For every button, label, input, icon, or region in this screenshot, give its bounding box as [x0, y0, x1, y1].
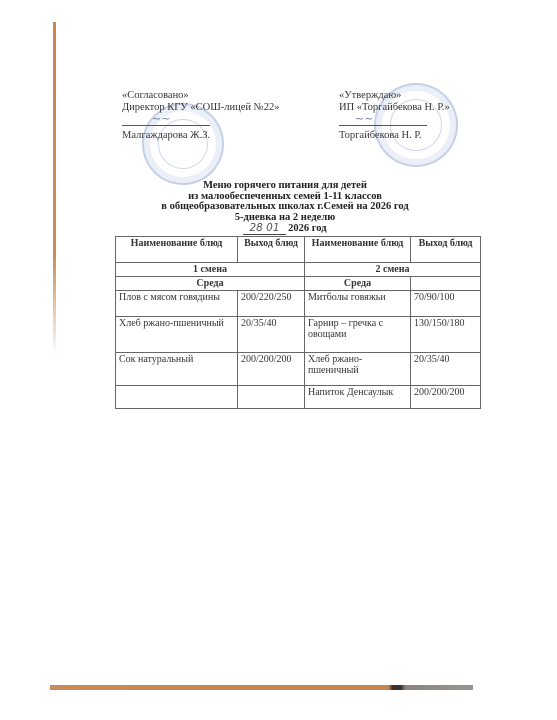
signature-right-icon: ~~: [355, 112, 373, 125]
cell-dish: Митболы говяжьи: [305, 291, 411, 317]
scan-edge-left: [53, 22, 56, 357]
approval-right-label: «Утверждаю»: [339, 90, 450, 102]
header-dish-1: Наименование блюд: [116, 237, 238, 263]
cell-yield: 20/35/40: [411, 353, 481, 386]
table-row: Напиток Денсаулык 200/200/200: [116, 386, 481, 409]
menu-table: Наименование блюд Выход блюд Наименовани…: [115, 236, 481, 409]
cell-dish: Гарнир – гречка с овощами: [305, 317, 411, 353]
cell-yield: 70/90/100: [411, 291, 481, 317]
scan-edge-bottom: [50, 685, 473, 690]
shift-1-label: 1 смена: [116, 263, 305, 277]
date-suffix: 2026 год: [288, 223, 326, 234]
cell-dish: Сок натуральный: [116, 353, 238, 386]
shift-row: 1 смена 2 смена: [116, 263, 481, 277]
table-row: Плов с мясом говядины 200/220/250 Митбол…: [116, 291, 481, 317]
cell-yield: [238, 386, 305, 409]
cell-yield: 200/200/200: [411, 386, 481, 409]
title-line-3: в общеобразовательных школах г.Семей на …: [120, 202, 450, 213]
day-2-empty: [411, 277, 481, 291]
signature-left-icon: ~~: [152, 112, 170, 125]
date-handwritten: 28 01: [243, 222, 285, 235]
document-title: Меню горячего питания для детей из малоо…: [120, 181, 450, 235]
approval-left-position: Директор КГУ «СОШ-лицей №22»: [122, 102, 279, 114]
cell-yield: 200/200/200: [238, 353, 305, 386]
table-row: Сок натуральный 200/200/200 Хлеб ржано-п…: [116, 353, 481, 386]
header-yield-1: Выход блюд: [238, 237, 305, 263]
cell-yield: 20/35/40: [238, 317, 305, 353]
approval-left: «Согласовано» Директор КГУ «СОШ-лицей №2…: [122, 90, 279, 142]
day-row: Среда Среда: [116, 277, 481, 291]
cell-dish: Хлеб ржано-пшеничный: [305, 353, 411, 386]
title-date: 28 01 2026 год: [120, 223, 450, 235]
table-header-row: Наименование блюд Выход блюд Наименовани…: [116, 237, 481, 263]
cell-dish: Хлеб ржано-пшеничный: [116, 317, 238, 353]
day-2-label: Среда: [305, 277, 411, 291]
approval-left-name: Малгаждарова Ж.З.: [122, 130, 279, 142]
cell-dish: Напиток Денсаулык: [305, 386, 411, 409]
cell-dish: Плов с мясом говядины: [116, 291, 238, 317]
title-line-1: Меню горячего питания для детей: [120, 181, 450, 192]
cell-yield: 200/220/250: [238, 291, 305, 317]
cell-yield: 130/150/180: [411, 317, 481, 353]
table-row: Хлеб ржано-пшеничный 20/35/40 Гарнир – г…: [116, 317, 481, 353]
header-dish-2: Наименование блюд: [305, 237, 411, 263]
cell-dish: [116, 386, 238, 409]
signature-line-right: [339, 114, 427, 126]
shift-2-label: 2 смена: [305, 263, 481, 277]
header-yield-2: Выход блюд: [411, 237, 481, 263]
approval-left-label: «Согласовано»: [122, 90, 279, 102]
approval-right-name: Торгайбекова Н. Р.: [339, 130, 450, 142]
day-1-label: Среда: [116, 277, 305, 291]
